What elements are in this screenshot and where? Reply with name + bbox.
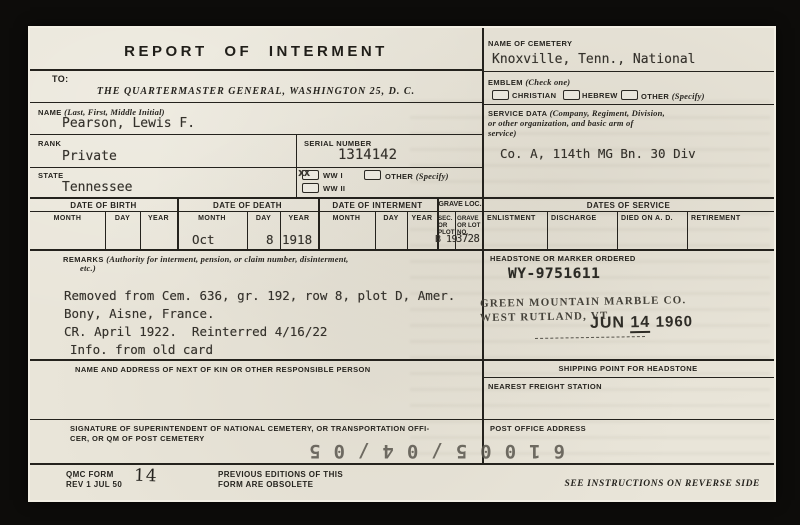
war-other-text: OTHER <box>385 172 416 181</box>
grave-plot-value: B 19 <box>435 234 457 245</box>
footer-handwritten-number: 14 <box>134 466 158 487</box>
state-label: STATE <box>38 171 63 180</box>
to-label: TO: <box>52 74 69 84</box>
divider-below-next-of-kin <box>30 419 774 420</box>
divider-below-emblem <box>482 104 774 105</box>
died-on-ad-label: DIED ON A. D. <box>621 215 681 223</box>
scanned-document-page: REPORT OF INTERMENT TO: THE QUARTERMASTE… <box>0 0 800 525</box>
death-year-value: 1918 <box>282 232 312 247</box>
page-title: REPORT OF INTERMENT <box>30 43 482 60</box>
stamp-day: 14 <box>630 314 650 333</box>
divider-above-footer <box>30 463 774 465</box>
remarks-label-detail-2: etc.) <box>80 263 96 273</box>
remarks-label-detail: (Authority for interment, pension, or cl… <box>106 254 348 264</box>
table-top-border <box>30 197 774 199</box>
footer-rev-label: REV 1 JUL 50 <box>66 480 122 489</box>
headstone-number: WY-9751611 <box>508 266 600 282</box>
service-col-divider-3 <box>687 211 688 250</box>
death-year-label: YEAR <box>280 215 318 222</box>
to-value: THE QUARTERMASTER GENERAL, WASHINGTON 25… <box>30 86 482 97</box>
serial-number-value: 1314142 <box>338 147 397 163</box>
ww2-checkbox <box>302 183 319 193</box>
divider-below-name <box>30 134 482 135</box>
enlistment-label: ENLISTMENT <box>487 215 536 222</box>
interment-year-label: YEAR <box>407 215 437 222</box>
upside-down-number-stamp: 61005/04/05 <box>235 440 565 462</box>
death-month-label: MONTH <box>177 215 247 222</box>
emblem-other-checkbox <box>621 90 638 100</box>
christian-label: CHRISTIAN <box>512 91 556 100</box>
death-header: DATE OF DEATH <box>177 201 318 210</box>
remarks-line-3: CR. April 1922. Reinterred 4/16/22 <box>64 324 327 339</box>
emblem-other-detail: (Specify) <box>672 91 705 101</box>
death-day-label: DAY <box>247 215 280 222</box>
dates-of-service-header: DATES OF SERVICE <box>483 201 774 210</box>
stamp-month: JUN <box>590 314 625 332</box>
interment-month-label: MONTH <box>318 215 375 222</box>
name-label-text: NAME <box>38 108 64 117</box>
emblem-other-text: OTHER <box>641 92 672 101</box>
birth-year-label: YEAR <box>140 215 177 222</box>
divider-below-title <box>30 69 482 71</box>
service-col-divider-2 <box>617 211 618 250</box>
hebrew-checkbox <box>563 90 580 100</box>
remarks-line-2: Bony, Aisne, France. <box>64 306 215 321</box>
table-bottom-border <box>30 249 774 251</box>
signature-label-line-1: SIGNATURE OF SUPERINTENDENT OF NATIONAL … <box>70 424 429 433</box>
divider-below-cemetery <box>482 71 774 72</box>
hebrew-label: HEBREW <box>582 91 618 100</box>
emblem-label-detail: (Check one) <box>525 77 570 87</box>
divider-below-to <box>30 102 482 103</box>
footer-instructions: SEE INSTRUCTIONS ON REVERSE SIDE <box>490 479 760 489</box>
discharge-label: DISCHARGE <box>551 215 597 222</box>
footer-form-label: QMC FORM <box>66 470 114 479</box>
cemetery-value: Knoxville, Tenn., National <box>492 52 696 67</box>
cemetery-label: NAME OF CEMETERY <box>488 39 572 48</box>
footer-obsolete-line-1: PREVIOUS EDITIONS OF THIS <box>218 470 343 479</box>
stamp-underline <box>535 336 645 339</box>
war-other-label: OTHER (Specify) <box>385 171 449 181</box>
grave-loc-header: GRAVE LOC. <box>437 201 483 208</box>
table-header-border <box>30 211 774 212</box>
rank-value: Private <box>62 149 117 164</box>
divider-below-shipping-label <box>482 377 774 378</box>
birth-header: DATE OF BIRTH <box>30 201 177 210</box>
name-value: Pearson, Lewis F. <box>62 116 195 131</box>
remarks-line-1: Removed from Cem. 636, gr. 192, row 8, p… <box>64 288 455 303</box>
state-value: Tennessee <box>62 180 132 195</box>
rank-label: RANK <box>38 139 61 148</box>
death-month-value: Oct <box>192 232 215 247</box>
ww2-label: WW II <box>323 184 345 193</box>
christian-checkbox <box>492 90 509 100</box>
ww1-label: WW I <box>323 171 343 180</box>
service-col-divider-1 <box>547 211 548 250</box>
rank-serial-divider <box>296 134 297 198</box>
grave-lot-value: 3728 <box>456 233 479 245</box>
remarks-label: REMARKS (Authority for interment, pensio… <box>63 254 349 264</box>
interment-day-label: DAY <box>375 215 407 222</box>
service-data-label-text: SERVICE DATA <box>488 109 550 118</box>
headstone-label: HEADSTONE OR MARKER ORDERED <box>490 254 636 263</box>
birth-month-label: MONTH <box>30 215 105 222</box>
remarks-line-4: Info. from old card <box>70 342 213 357</box>
marble-company-stamp: GREEN MOUNTAIN MARBLE CO. <box>480 294 687 310</box>
emblem-label-text: EMBLEM <box>488 78 525 87</box>
war-other-checkbox <box>364 170 381 180</box>
post-office-label: POST OFFICE ADDRESS <box>490 424 586 433</box>
emblem-other-label: OTHER (Specify) <box>641 91 705 101</box>
death-day-value: 8 <box>266 232 274 247</box>
main-column-divider <box>482 28 484 464</box>
footer-obsolete-line-2: FORM ARE OBSOLETE <box>218 480 313 489</box>
war-other-detail: (Specify) <box>416 171 449 181</box>
service-data-value: Co. A, 114th MG Bn. 30 Div <box>500 146 696 161</box>
service-data-detail-3: service) <box>488 128 517 138</box>
interment-report-card: REPORT OF INTERMENT TO: THE QUARTERMASTE… <box>30 28 774 500</box>
ww1-checkbox-mark: xx <box>298 166 309 179</box>
divider-below-rank <box>30 167 482 168</box>
stamp-year: 1960 <box>656 313 694 331</box>
signature-label-line-2: CER, OR QM OF POST CEMETERY <box>70 434 205 443</box>
service-data-label: SERVICE DATA (Company, Regiment, Divisio… <box>488 108 665 118</box>
next-of-kin-label: NAME AND ADDRESS OF NEXT OF KIN OR OTHER… <box>75 365 371 374</box>
interment-header: DATE OF INTERMENT <box>318 201 437 210</box>
retirement-label: RETIREMENT <box>691 215 741 222</box>
divider-below-remarks <box>30 359 774 361</box>
freight-station-label: NEAREST FREIGHT STATION <box>488 382 602 391</box>
grave-plot-label: SEC. OR PLOT <box>438 215 456 236</box>
shipping-point-label: SHIPPING POINT FOR HEADSTONE <box>482 364 774 373</box>
emblem-label: EMBLEM (Check one) <box>488 77 570 87</box>
birth-day-label: DAY <box>105 215 140 222</box>
date-received-stamp: JUN 14 1960 <box>590 313 693 333</box>
service-data-detail-2: or other organization, and basic arm of <box>488 118 633 128</box>
service-data-detail-1: (Company, Regiment, Division, <box>550 108 665 118</box>
